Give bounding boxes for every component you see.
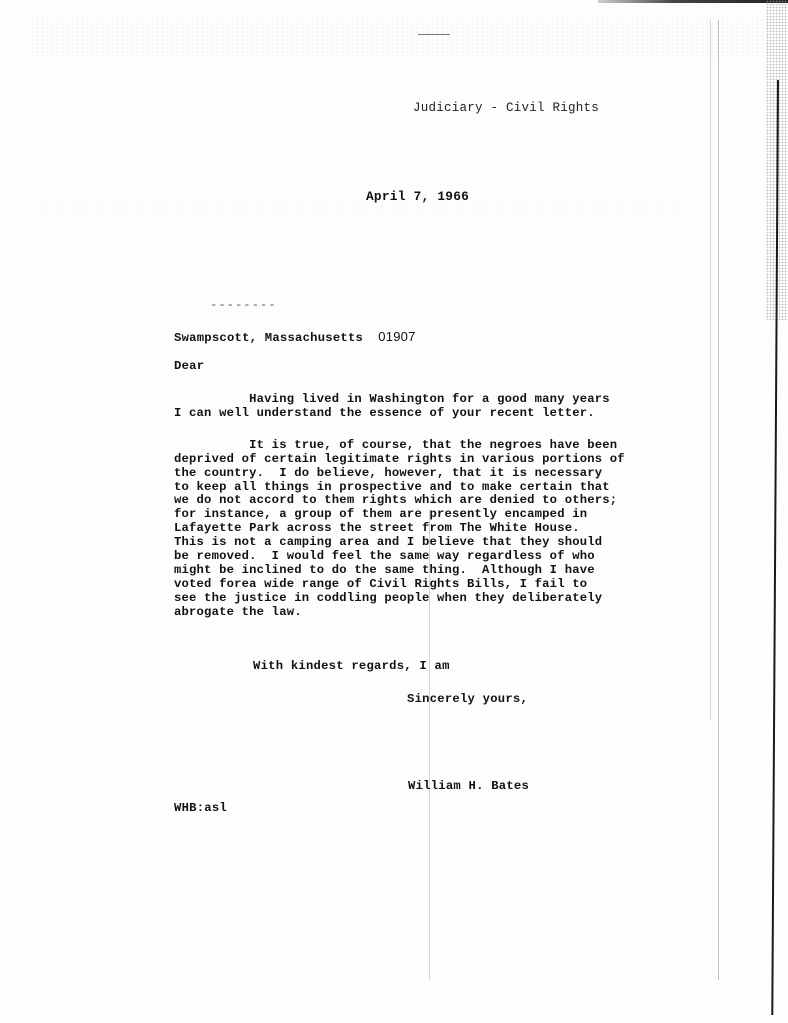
recipient-city-state: Swampscott, Massachusetts — [174, 331, 363, 345]
paragraph-line: deprived of certain legitimate rights in… — [174, 453, 634, 467]
paragraph-line: be removed. I would feel the same way re… — [174, 550, 634, 564]
subject-heading: Judiciary - Civil Rights — [413, 101, 599, 115]
scan-artifact-mark — [418, 34, 450, 35]
paragraph-line: This is not a camping area and I believe… — [174, 536, 634, 550]
paragraph: Having lived in Washington for a good ma… — [174, 393, 634, 421]
scan-edge-shadow — [598, 0, 788, 3]
recipient-zip: 01907 — [378, 329, 415, 344]
paragraph-line: for instance, a group of them are presen… — [174, 508, 634, 522]
paragraph-line: It is true, of course, that the negroes … — [174, 439, 634, 453]
scanned-letter-page: Judiciary - Civil Rights April 7, 1966 -… — [0, 0, 788, 1023]
recipient-address: Swampscott, Massachusetts 01907 — [174, 330, 416, 345]
paragraph: It is true, of course, that the negroes … — [174, 439, 634, 620]
closing-line: With kindest regards, I am — [253, 659, 450, 673]
paragraph-line: Lafayette Park across the street from Th… — [174, 522, 634, 536]
sign-off: Sincerely yours, — [407, 692, 528, 706]
salutation: Dear — [174, 359, 204, 373]
recipient-name-redacted: -------- — [210, 298, 277, 312]
scan-artifact-line — [710, 20, 711, 720]
paragraph-line: we do not accord to them rights which ar… — [174, 494, 634, 508]
scan-noise — [40, 200, 680, 214]
paragraph-line: to keep all things in prospective and to… — [174, 481, 634, 495]
paragraph-line: see the justice in coddling people when … — [174, 592, 634, 606]
paragraph-line: I can well understand the essence of you… — [174, 407, 634, 421]
letter-date: April 7, 1966 — [366, 190, 469, 204]
paragraph-line: the country. I do believe, however, that… — [174, 467, 634, 481]
signature-name: William H. Bates — [408, 779, 529, 793]
paragraph-line: Having lived in Washington for a good ma… — [174, 393, 634, 407]
scan-artifact-line — [718, 20, 719, 980]
scan-noise — [30, 18, 770, 58]
paragraph-line: might be inclined to do the same thing. … — [174, 564, 634, 578]
paragraph-line: abrogate the law. — [174, 606, 634, 620]
reference-initials: WHB:asl — [174, 801, 227, 815]
letter-body: Having lived in Washington for a good ma… — [174, 393, 634, 638]
paragraph-line: voted forea wide range of Civil Rights B… — [174, 578, 634, 592]
